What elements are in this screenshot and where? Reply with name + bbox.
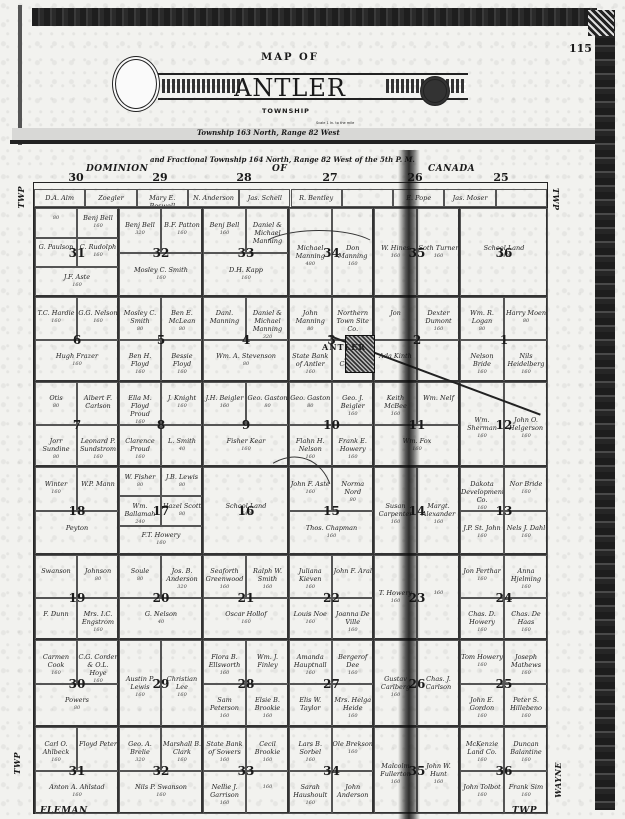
owner-parcel[interactable]: Albert F. Carlson: [77, 382, 119, 425]
section-number: 30: [69, 677, 86, 691]
owner-parcel[interactable]: Daniel & Michael Manning320: [246, 297, 289, 340]
section-30[interactable]: Carmen Cook160C.G. Corder & O.L. Hoye160…: [34, 639, 118, 726]
owner-parcel[interactable]: John Manning80: [289, 297, 332, 340]
scan-fold-shadow: [398, 150, 420, 819]
owner-name: J.H. Beigler: [206, 394, 244, 402]
acreage: 80: [247, 402, 288, 410]
owner-name: J. Knight: [168, 394, 196, 402]
fractional-lot[interactable]: Jas. Schell: [239, 189, 290, 207]
owner-name: Tom Howery: [461, 653, 503, 661]
section-number: 32: [153, 246, 170, 260]
owner-name: Carmen Cook: [43, 653, 69, 669]
acreage: 80: [120, 481, 160, 489]
acreage: 160: [418, 518, 459, 526]
section-number: 6: [73, 333, 81, 347]
section-6[interactable]: T.C. Hardie160G.G. Nelson160Hugh Frazer1…: [34, 296, 118, 381]
fractional-lot[interactable]: Mary E. Boswell: [137, 189, 188, 207]
owner-name: Mrs. I.C. Engstrom: [82, 610, 114, 626]
rosette-medallion-icon: [420, 76, 450, 106]
section-4[interactable]: Danl. ManningDaniel & Michael Manning320…: [202, 296, 288, 381]
section-number: 17: [153, 504, 170, 518]
owner-name: Winter: [45, 480, 67, 488]
owner-parcel[interactable]: Nils Heidelberg160: [504, 340, 548, 383]
section-25[interactable]: Tom Howery160Joseph Mathews160John E. Go…: [459, 639, 547, 726]
page-number: 115: [569, 42, 592, 55]
corner-ornament: [588, 10, 614, 36]
owner-name: Nelson Bride: [470, 352, 493, 368]
owner-parcel[interactable]: Benj Bell160: [77, 208, 119, 238]
owner-name: Clarence Proud: [125, 437, 155, 453]
owner-name: John O. Helgerson: [509, 416, 543, 432]
owner-name: Wm. A. Stevenson: [216, 352, 276, 360]
acreage: 160: [461, 661, 503, 669]
owner-name: Christian Lee: [167, 675, 197, 691]
owner-name: Joseph Mathews: [511, 653, 541, 669]
section-27[interactable]: Amanda Hauptnall160Bergerof Dee160Elis W…: [288, 639, 373, 726]
owner-name: Bessie Floyd: [171, 352, 192, 368]
section-19[interactable]: SwansonJohnson80F. DunnMrs. I.C. Engstro…: [34, 554, 118, 639]
owner-name: Floyd Peter: [79, 740, 117, 748]
owner-name: Lars B. Sorbel: [298, 740, 322, 756]
owner-name: Geo. A. Brelie: [128, 740, 152, 756]
owner-name: J.B. Lewis: [166, 473, 198, 481]
acreage: 160: [505, 532, 547, 540]
owner-name: Frank Sim: [509, 783, 543, 791]
owner-name: L. Smith: [168, 437, 196, 445]
owner-name: Leonard P. Sundstrom: [80, 437, 116, 453]
owner-name: Harry Moen: [506, 309, 546, 317]
owner-name: Flora B. Ellsworth: [209, 653, 241, 669]
owner-name: Otis: [49, 394, 62, 402]
owner-name: Benj Bell: [210, 221, 240, 229]
acreage: 160: [290, 799, 331, 807]
acreage: 160: [162, 691, 202, 699]
border-label-wayne: WAYNE: [553, 762, 563, 798]
owner-name: John E. Gordon: [470, 696, 494, 712]
acreage: 160: [505, 712, 547, 720]
owner-name: Powers: [65, 696, 89, 704]
acreage: 160: [120, 274, 202, 282]
owner-name: Nor Bride: [510, 480, 543, 488]
section-36[interactable]: School Land64036: [459, 207, 547, 296]
owner-name: Hugh Frazer: [56, 352, 98, 360]
ornamental-top-border: [32, 8, 597, 26]
owner-parcel[interactable]: Harry Moen80: [504, 297, 548, 340]
acreage: 160: [204, 229, 245, 237]
acreage: 160: [204, 618, 288, 626]
township-label: TOWNSHIP: [262, 107, 310, 115]
owner-name: Peyton: [66, 524, 88, 532]
acreage: 160: [204, 445, 288, 453]
owner-name: D.H. Kapp: [229, 266, 263, 274]
section-28[interactable]: Flora B. Ellsworth160Wm. J. FinleySam Pe…: [202, 639, 288, 726]
acreage: 160: [204, 274, 288, 282]
owner-parcel[interactable]: Danl. Manning: [203, 297, 246, 340]
acreage: 160: [36, 360, 118, 368]
section-number: 19: [69, 591, 86, 605]
owner-name: Mosley C. Smith: [134, 266, 188, 274]
owner-parcel[interactable]: J.F. Aste160: [35, 267, 119, 297]
owner-name: Anton A. Ahlstad: [49, 783, 104, 791]
owner-name: Nels J. Dahl: [507, 524, 546, 532]
owner-parcel[interactable]: Otis80: [35, 382, 77, 425]
section-number: 25: [496, 677, 513, 691]
fractional-section-number: 29: [152, 171, 167, 184]
acreage: 160: [36, 281, 118, 289]
owner-parcel[interactable]: Northern Town Site Co.: [332, 297, 375, 340]
acreage: 320: [120, 229, 160, 237]
acreage: 160: [505, 432, 547, 440]
section-20[interactable]: Soule80Jos. B. Anderson320G. Nelson4020: [118, 554, 202, 639]
owner-name: W. Fisher: [125, 473, 156, 481]
header-divider: [10, 140, 595, 144]
owner-name: Benj Bell: [125, 221, 155, 229]
section-number: 5: [157, 333, 165, 347]
owner-name: Ben H. Floyd: [129, 352, 152, 368]
fractional-section-number: 27: [322, 171, 337, 184]
acreage: 160: [333, 712, 374, 720]
acreage: 160: [204, 402, 245, 410]
section-number: 22: [323, 591, 340, 605]
section-17[interactable]: W. Fisher80J.B. Lewis80Wm. Ballamah240Ha…: [118, 466, 202, 554]
owner-parcel[interactable]: 80: [35, 208, 77, 238]
section-33[interactable]: State Bank of Sowers160Cecil Brookie160N…: [202, 726, 288, 813]
section-number: 8: [157, 418, 165, 432]
owner-name: Ella M. Floyd Proud: [128, 394, 152, 418]
owner-name: Louis Noe: [294, 610, 327, 618]
section-32[interactable]: Geo. A. Brelie320Marshall B. Clark160Nil…: [118, 726, 202, 813]
fractional-section-number: 28: [236, 171, 251, 184]
acreage: 80: [290, 325, 331, 333]
owner-name: Frank E. Howery: [339, 437, 368, 453]
border-label-dominion: DOMINION: [86, 164, 148, 174]
owner-parcel[interactable]: Jorr Sundine80: [35, 425, 77, 468]
owner-name: Soule: [131, 567, 149, 575]
owner-name: Geo. Gaston: [290, 394, 330, 402]
section-34[interactable]: Lars B. Sorbel160Ole Brekson160Sarah Hau…: [288, 726, 373, 813]
owner-parcel[interactable]: Leonard P. Sundstrom160: [77, 425, 119, 468]
owner-name: Bergerof Dee: [338, 653, 367, 669]
owner-name: Seaforth Greenwood: [206, 567, 244, 583]
owner-name: Ole Brekson: [333, 740, 373, 748]
owner-parcel[interactable]: Mosley C. Smith80: [119, 297, 161, 340]
owner-name: Geo. J. Beigler: [341, 394, 365, 410]
owner-name: Dexter Dumont: [425, 309, 451, 325]
border-label-twp-right: TWP: [551, 188, 561, 210]
section-number: 4: [242, 333, 250, 347]
owner-name: John F. Aral: [334, 567, 372, 575]
owner-parcel[interactable]: Bessie Floyd160: [161, 340, 203, 383]
section-number: 18: [69, 504, 86, 518]
section-5[interactable]: Mosley C. Smith80Ben E. McLean80Ben H. F…: [118, 296, 202, 381]
owner-name: J.F. Aste: [64, 273, 90, 281]
fractional-lot[interactable]: R. Bentley: [291, 189, 342, 207]
acreage: 160: [36, 791, 118, 799]
owner-parcel[interactable]: Ella M. Floyd Proud160: [119, 382, 161, 425]
owner-parcel[interactable]: Clarence Proud160: [119, 425, 161, 468]
acreage: 80: [162, 481, 202, 489]
town-label-antler: ANTLER: [322, 342, 366, 352]
owner-name: Ben E. McLean: [169, 309, 196, 325]
left-rule: [18, 5, 22, 145]
owner-name: Juliana Kieven: [299, 567, 322, 583]
acreage: 80: [36, 453, 76, 461]
owner-name: Chas. J. Carlson: [426, 675, 451, 691]
section-8[interactable]: Ella M. Floyd Proud160J. Knight160Claren…: [118, 381, 202, 466]
acreage: 160: [120, 368, 160, 376]
section-number: 33: [238, 764, 255, 778]
acreage: 160: [78, 222, 118, 230]
section-number: 1: [500, 333, 508, 347]
owner-parcel[interactable]: W. Fisher80: [119, 467, 161, 496]
acreage: 160: [461, 432, 503, 440]
owner-name: Anna Hjelming: [511, 567, 541, 583]
fractional-section-row: 302928272625D.A. AlmZoeglerMary E. Boswe…: [34, 183, 547, 208]
acreage: 80: [36, 402, 76, 410]
section-36[interactable]: McKenzie Land Co.160Duncan Balantine160J…: [459, 726, 547, 813]
acreage: 160: [505, 791, 547, 799]
section-number: 20: [153, 591, 170, 605]
owner-name: Margt. Alexander: [422, 502, 455, 518]
section-24[interactable]: Jon Perthar160Anna Hjelming160Chas. D. H…: [459, 554, 547, 639]
owner-name: Mosley C. Smith: [124, 309, 156, 325]
section-number: 28: [238, 677, 255, 691]
owner-name: State Bank of Antler: [292, 352, 328, 368]
owner-parcel[interactable]: J.H. Beigler160: [203, 382, 246, 425]
acreage: 160: [505, 488, 547, 496]
acreage: 160: [461, 368, 503, 376]
scale-note: Scale 1 In. to the mile: [316, 121, 354, 125]
acreage: 80: [120, 325, 160, 333]
acreage: 160: [461, 532, 503, 540]
owner-parcel[interactable]: J. Knight160: [161, 382, 203, 425]
owner-name: State Bank of Sowers: [206, 740, 242, 756]
section-number: 36: [496, 764, 513, 778]
owner-name: G.G. Nelson: [78, 309, 117, 317]
fractional-lot[interactable]: [342, 189, 393, 207]
acreage: 160: [162, 368, 202, 376]
map-title: ANTLER: [230, 74, 350, 102]
owner-name: John Anderson: [337, 783, 368, 799]
fractional-lot[interactable]: Zoegler: [85, 189, 136, 207]
acreage: 160: [333, 748, 374, 756]
owner-name: Fisher Kear: [227, 437, 266, 445]
section-number: 13: [496, 504, 513, 518]
subtitle-township: Township 163 North, Range 82 West: [197, 128, 340, 137]
owner-name: T.C. Hardie: [37, 309, 74, 317]
owner-name: Carl O. Ahlbeck: [43, 740, 70, 756]
acreage: 80: [461, 325, 503, 333]
owner-name: Sam Peterson: [210, 696, 239, 712]
acreage: 160: [461, 626, 503, 634]
owner-name: McKenzie Land Co.: [466, 740, 498, 756]
owner-name: B.F. Patton: [164, 221, 200, 229]
owner-name: Flahn H. Nelson: [296, 437, 325, 453]
owner-name: Wm. J. Finley: [257, 653, 278, 669]
owner-parcel[interactable]: J.B. Lewis80: [161, 467, 203, 496]
acreage: 160: [78, 626, 118, 634]
section-number: 21: [238, 591, 255, 605]
acreage: 160: [78, 453, 118, 461]
acreage: 40: [162, 445, 202, 453]
acreage: 160: [290, 618, 331, 626]
section-31[interactable]: Carl O. Ahlbeck160Floyd PeterAnton A. Ah…: [34, 726, 118, 813]
owner-name: Wm. R. Logan: [470, 309, 494, 325]
section-number: 29: [153, 677, 170, 691]
owner-name: Sarah Haushoult: [293, 783, 327, 799]
owner-name: Norma Nord: [341, 480, 364, 496]
section-number: 32: [153, 764, 170, 778]
section-number: 9: [242, 418, 250, 432]
owner-parcel[interactable]: L. Smith40: [161, 425, 203, 468]
border-label-canada: CANADA: [428, 164, 475, 174]
owner-name: Mrs. Helga Heide: [334, 696, 371, 712]
border-label-twp-left-bottom: TWP: [12, 752, 22, 774]
acreage: 80: [290, 402, 331, 410]
acreage: 160: [162, 402, 202, 410]
seated-figure-medallion-icon: [112, 56, 160, 112]
owner-name: Swanson: [41, 567, 71, 575]
section-10[interactable]: Geo. Gaston80Geo. J. Beigler160Flahn H. …: [288, 381, 373, 466]
owner-parcel[interactable]: Wm. R. Logan80: [460, 297, 504, 340]
owner-name: Marshall B. Clark: [163, 740, 201, 756]
owner-name: Jorr Sundine: [42, 437, 69, 453]
owner-name: F.T. Howery: [142, 531, 181, 539]
acreage: 80: [36, 214, 76, 222]
fractional-lot[interactable]: Jas. Moser: [444, 189, 495, 207]
fractional-lot[interactable]: N. Anderson: [188, 189, 239, 207]
owner-name: Jos. B. Anderson: [166, 567, 197, 583]
owner-name: Chas. De Haas: [511, 610, 541, 626]
section-number: 12: [496, 418, 513, 432]
fractional-lot[interactable]: D.A. Alm: [34, 189, 85, 207]
section-9[interactable]: J.H. Beigler160Geo. Gaston80Fisher Kear1…: [202, 381, 288, 466]
acreage: 80: [505, 317, 547, 325]
owner-name: Danl. Manning: [210, 309, 239, 325]
acreage: 40: [120, 618, 202, 626]
acreage: 160: [120, 539, 202, 547]
acreage: 160: [162, 229, 202, 237]
owner-parcel[interactable]: T.C. Hardie160: [35, 297, 77, 340]
creek-line: [258, 230, 380, 272]
acreage: 80: [162, 325, 202, 333]
owner-parcel[interactable]: Geo. Gaston80: [246, 382, 289, 425]
owner-name: Peter S. Hillebeno: [510, 696, 542, 712]
owner-name: Dakota Development Co.: [461, 480, 504, 504]
section-number: 31: [69, 764, 86, 778]
owner-parcel[interactable]: Ben H. Floyd160: [119, 340, 161, 383]
acreage: 160: [418, 325, 459, 333]
acreage: 80: [78, 575, 118, 583]
owner-name: Wm. Sherman: [467, 416, 497, 432]
acreage: 160: [505, 368, 547, 376]
owner-name: Benj Bell: [83, 214, 113, 222]
owner-parcel[interactable]: F.T. Howery160: [119, 526, 203, 555]
owner-name: Nellie J. Garrison: [210, 783, 239, 799]
owner-name: Wm. Ballamah: [125, 502, 156, 518]
owner-name: Albert F. Carlson: [84, 394, 112, 410]
owner-name: Austin P. Lewis: [126, 675, 154, 691]
owner-name: J.P. St. John: [463, 524, 500, 532]
section-number: 31: [69, 246, 86, 260]
fractional-lot[interactable]: [496, 189, 547, 207]
map-of-label: MAP OF: [250, 52, 330, 63]
ornamental-right-border: [595, 10, 615, 810]
section-29[interactable]: Austin P. Lewis160Christian Lee16029: [118, 639, 202, 726]
acreage: 160: [418, 778, 459, 786]
section-13[interactable]: Dakota Development Co.160Nor Bride160J.P…: [459, 466, 547, 554]
owner-parcel[interactable]: Ben E. McLean80: [161, 297, 203, 340]
section-number: 10: [323, 418, 340, 432]
section-number: 36: [496, 246, 513, 260]
acreage: 160: [36, 317, 76, 325]
border-label-of: OF: [272, 164, 287, 174]
owner-name: Nils Heidelberg: [508, 352, 545, 368]
section-number: 24: [496, 591, 513, 605]
acreage: 160: [36, 488, 76, 496]
owner-parcel[interactable]: G.G. Nelson160: [77, 297, 119, 340]
owner-name: Jon Perthar: [463, 567, 501, 575]
acreage: 160: [78, 317, 118, 325]
acreage: 160: [333, 626, 374, 634]
owner-name: Oscar Hollof: [225, 610, 266, 618]
section-18[interactable]: Winter160W.P. MannPeyton18: [34, 466, 118, 554]
section-31[interactable]: 80Benj Bell160G. PaulsonC. Rudolph160J.F…: [34, 207, 118, 296]
owner-name: Chas. D. Howery: [468, 610, 496, 626]
owner-name: Daniel & Michael Manning: [253, 309, 282, 333]
owner-name: Nils P. Swanson: [135, 783, 187, 791]
owner-name: Duncan Balantine: [510, 740, 542, 756]
owner-name: Amanda Hauptnall: [294, 653, 327, 669]
owner-name: Elsie B. Brookie: [255, 696, 281, 712]
acreage: 160: [204, 712, 245, 720]
subtitle-fractional: and Fractional Township 164 North, Range…: [150, 155, 415, 164]
owner-name: Northern Town Site Co.: [336, 309, 369, 333]
section-number: 33: [238, 246, 255, 260]
owner-parcel[interactable]: Nelson Bride160: [460, 340, 504, 383]
section-number: 27: [323, 677, 340, 691]
acreage: 160: [290, 368, 331, 376]
owner-name: John Manning: [296, 309, 325, 325]
owner-name: John W. Hunt: [426, 762, 451, 778]
map-page: 115 MAP OF ANTLER TOWNSHIP Scale 1 In. t…: [0, 0, 625, 819]
section-7[interactable]: Otis80Albert F. CarlsonJorr Sundine80Leo…: [34, 381, 118, 466]
acreage: 160: [120, 691, 160, 699]
section-number: 34: [323, 764, 340, 778]
owner-name: G. Nelson: [145, 610, 177, 618]
acreage: 80: [36, 704, 118, 712]
section-1[interactable]: Wm. R. Logan80Harry Moen80Nelson Bride16…: [459, 296, 547, 381]
section-32[interactable]: Benj Bell320B.F. Patton160Mosley C. Smit…: [118, 207, 202, 296]
fractional-section-number: 25: [493, 171, 508, 184]
owner-name: Elis W. Taylor: [299, 696, 321, 712]
owner-name: Johnson: [85, 567, 111, 575]
acreage: 160: [247, 783, 288, 791]
owner-parcel[interactable]: Dexter Dumont160: [417, 297, 460, 340]
acreage: 160: [333, 453, 374, 461]
acreage: 160: [120, 791, 202, 799]
border-label-twp-left: TWP: [16, 186, 26, 208]
section-12[interactable]: Wm. Sherman160John O. Helgerson16012: [459, 381, 547, 466]
acreage: 80: [333, 496, 374, 504]
owner-name: Cecil Brookie: [255, 740, 281, 756]
acreage: 160: [461, 791, 503, 799]
acreage: 160: [461, 712, 503, 720]
section-number: 7: [73, 418, 81, 432]
acreage: 160: [505, 626, 547, 634]
acreage: 160: [120, 453, 160, 461]
acreage: 240: [120, 518, 160, 526]
